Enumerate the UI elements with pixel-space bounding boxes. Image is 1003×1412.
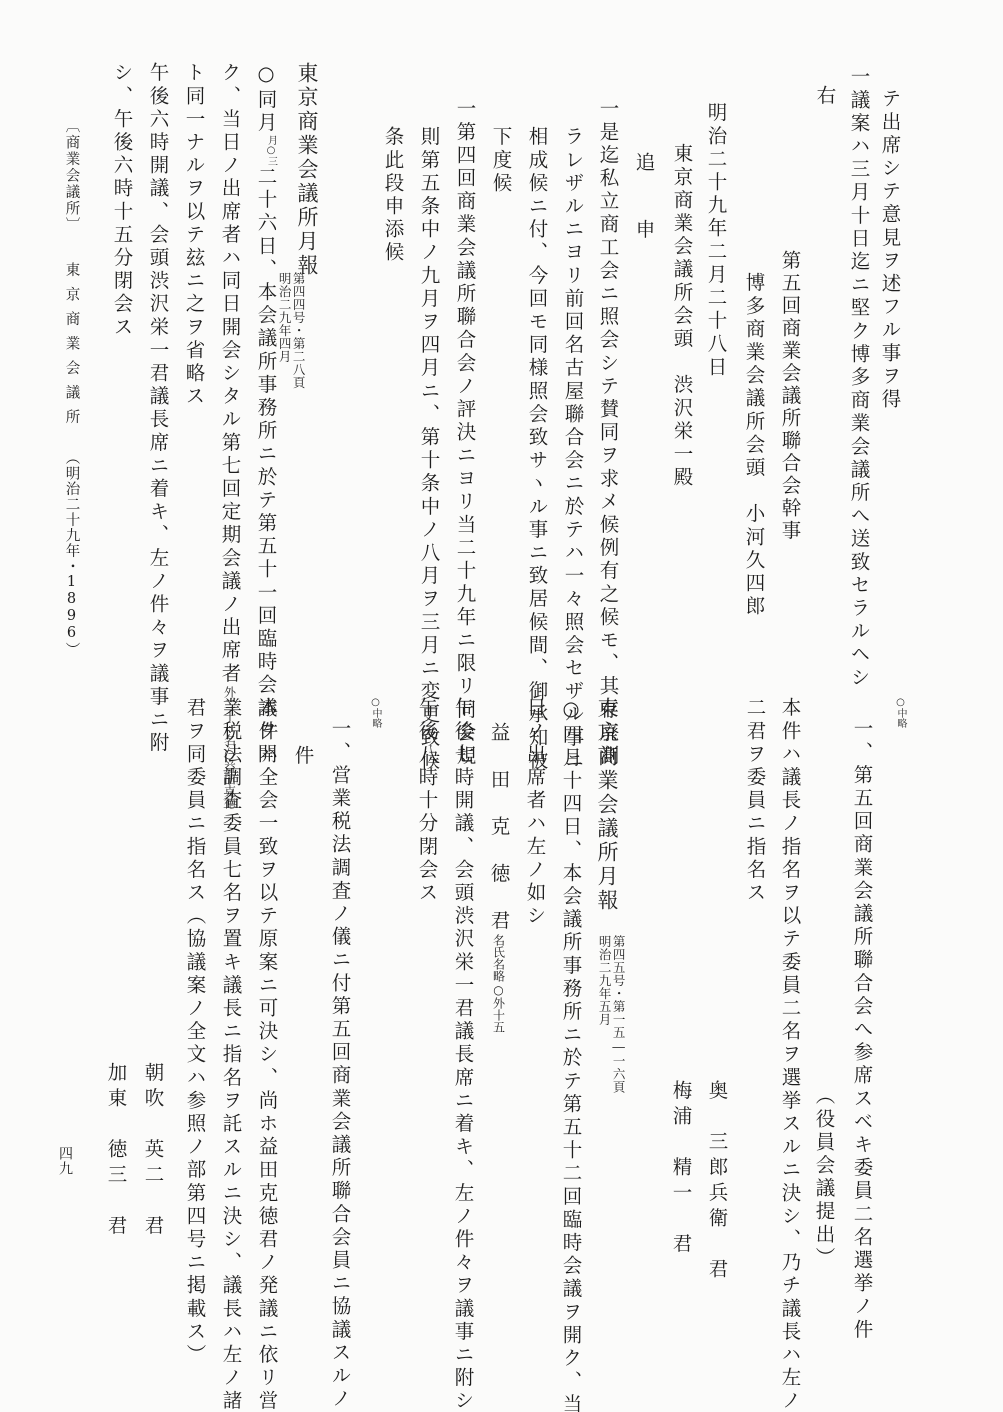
- agenda-item-body: 業税法調査委員七名ヲ置キ議長ニ指名ヲ託スルニ決シ、議長ハ左ノ諸: [221, 697, 241, 1412]
- member-name: 朝吹 英二 君: [143, 1062, 163, 1241]
- text-line-right: 右: [815, 85, 835, 108]
- member-name: 梅浦 精一 君: [671, 1080, 691, 1259]
- report-title: 東京商業会議所月報: [296, 62, 317, 278]
- footer-label: 〔商業会議所〕: [64, 118, 79, 234]
- footer-era: （明治二十九年・1896）: [64, 450, 79, 658]
- meeting-line: 午後八時十分閉会ス: [417, 697, 437, 905]
- meeting-line: ト同一ナルヲ以テ玆ニ之ヲ省略ス: [184, 62, 204, 409]
- postscript-line: 則第五条中ノ九月ヲ四月ニ、第十条中ノ八月ヲ三月ニ変更致候: [419, 126, 439, 773]
- annotation: ○外十五: [492, 983, 505, 1033]
- meeting-line: シ、午後六時十五分閉会ス: [112, 62, 132, 339]
- report-date: 明治二九年四月: [278, 272, 291, 363]
- agenda-item-title: 一、第五回商業会議所聯合会へ参席スベキ委員二名選挙ノ件: [852, 718, 872, 1342]
- meeting-line: 午後七時開議、会頭渋沢栄一君議長席ニ着キ、左ノ件々ヲ議事ニ附シ: [453, 697, 473, 1412]
- text-line: 一議案ハ三月十日迄ニ堅ク博多商業会議所へ送致セラルヘシ: [849, 66, 869, 690]
- meeting-line: ○四月十四日、本会議所事務所ニ於テ第五十二回臨時会議ヲ開ク、当: [561, 697, 581, 1412]
- meeting-line: 午後六時開議、会頭渋沢栄一君議長席ニ着キ、左ノ件々ヲ議事ニ附: [148, 62, 168, 755]
- report-date: 明治二九年五月: [598, 935, 611, 1026]
- agenda-item-body: 本件ハ全会一致ヲ以テ原案ニ可決シ、尚ホ益田克徳君ノ発議ニ依リ営: [257, 697, 277, 1412]
- postscript-line: 下度候: [491, 126, 511, 195]
- annotation: 名氏名略: [492, 934, 505, 982]
- agenda-item-title: 件: [293, 745, 313, 768]
- page-number: 四九: [58, 1146, 72, 1176]
- footer-org: 東京商業会議所: [64, 262, 79, 434]
- agenda-item-title: 一、営業税法調査ノ儀ニ付第五回商業会議所聯合会員ニ協議スルノ: [330, 718, 350, 1411]
- sender-name: 博多商業会議所会頭 小河久四郎: [744, 272, 764, 619]
- report-ref: 第四五号・第一五―一六頁: [612, 935, 625, 1094]
- agenda-item-body: 本件ハ議長ノ指名ヲ以テ委員二名ヲ選挙スルニ決シ、乃チ議長ハ左ノ: [780, 697, 800, 1412]
- postscript-line: ラレザルニヨリ前回名古屋聯合会ニ於テハ一々照会セザル事ニ: [563, 126, 583, 773]
- omitted-mark: ○中略: [370, 697, 380, 728]
- postscript-line: 相成候ニ付、今回モ同様照会致サヽル事ニ致居候間、御承知被: [527, 126, 547, 773]
- postscript-line: 一是迄私立商工会ニ照会シテ賛同ヲ求メ候例有之候モ、其存廃測: [598, 98, 618, 768]
- report-title: 東京商業会議所月報: [596, 697, 617, 913]
- meeting-line: 日ノ出席者ハ左ノ如シ: [525, 697, 545, 928]
- letter-date: 明治二十九年二月二十八日: [706, 102, 726, 379]
- postscript-line: 一第四回商業会議所聯合会ノ評決ニヨリ当二十九年ニ限リ同会規: [455, 98, 475, 768]
- omitted-mark: ○中略: [895, 697, 905, 728]
- agenda-item-body: 君ヲ同委員ニ指名ス（協議案ノ全文ハ参照ノ部第四号ニ掲載ス）: [185, 697, 205, 1367]
- sender-title: 第五回商業会議所聯合会幹事: [780, 250, 800, 543]
- report-ref: 第四四号・第二八頁: [292, 272, 305, 389]
- text-line: テ出席シテ意見ヲ述フル事ヲ得: [880, 88, 900, 411]
- agenda-item-body: 二君ヲ委員ニ指名ス: [745, 697, 765, 905]
- annotation: 月○三: [265, 135, 276, 166]
- meeting-line: ○同月月○三二十六日、本会議所事務所ニ於テ第五十一回臨時会議ヲ開: [256, 62, 276, 766]
- recipient: 東京商業会議所会頭 渋沢栄一殿: [672, 143, 692, 490]
- attendee: 益 田 克 徳 君○外十五名氏名略: [489, 722, 509, 1033]
- postscript-heading: 追 申: [634, 152, 654, 253]
- postscript-line: 条此段申添候: [383, 126, 403, 265]
- agenda-item-note: （役員会議提出）: [814, 1085, 834, 1270]
- sender-org: 博多商業会議所会頭 小河久四郎: [743, 272, 766, 619]
- member-name: 加東 徳三 君: [106, 1062, 126, 1241]
- member-name: 奥 三郎兵衛 君: [707, 1080, 727, 1284]
